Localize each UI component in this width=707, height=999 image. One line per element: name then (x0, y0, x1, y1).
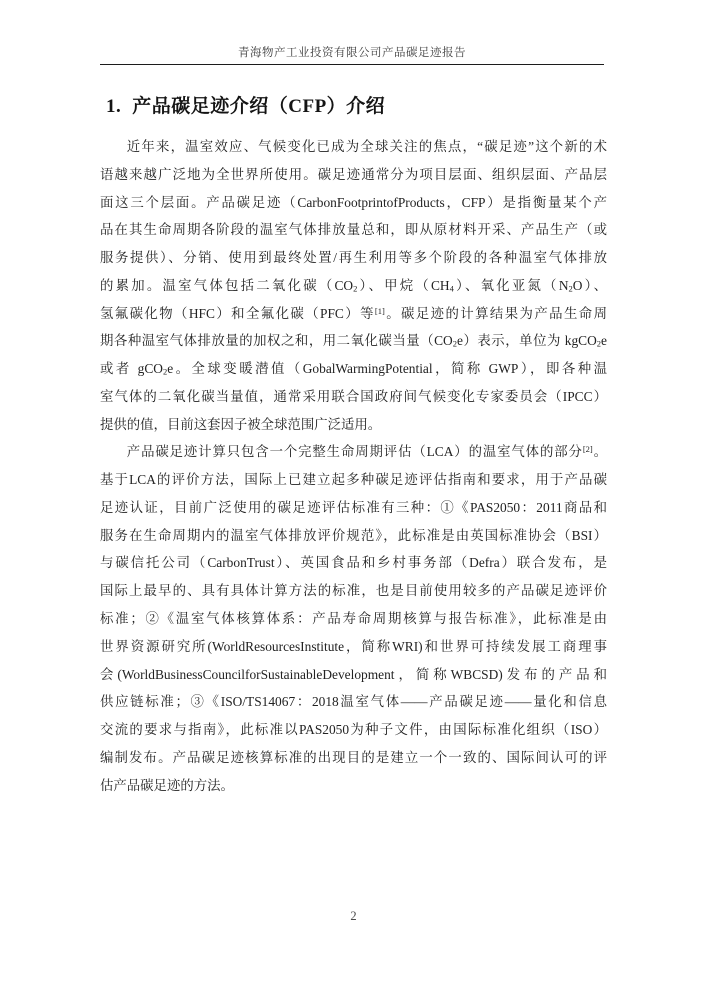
text-line: 产品碳足迹计算只包含一个完整生命周期评估（LCA）的温室气体的部分[2]。 (100, 438, 607, 466)
text-line: 面这三个层面。产品碳足迹（CarbonFootprintofProducts，C… (100, 189, 607, 217)
document-page: 青海物产工业投资有限公司产品碳足迹报告 1.产品碳足迹介绍（CFP）介绍 近年来… (0, 0, 707, 999)
text-line: 期各种温室气体排放量的加权之和，用二氧化碳当量（CO2e）表示，单位为 kgCO… (100, 327, 607, 355)
text-line: 服务提供）、分销、使用到最终处置/再生利用等多个阶段的各种温室气体排放 (100, 244, 607, 272)
section-number: 1. (106, 96, 121, 117)
text-line: 氢氟碳化物（HFC）和全氟化碳（PFC）等[1]。碳足迹的计算结果为产品生命周 (100, 300, 607, 328)
page-number: 2 (350, 909, 356, 923)
text-line: 与碳信托公司（CarbonTrust）、英国食品和乡村事务部（Defra）联合发… (100, 549, 607, 577)
paragraph: 产品碳足迹计算只包含一个完整生命周期评估（LCA）的温室气体的部分[2]。基于L… (100, 438, 607, 799)
section-heading: 1.产品碳足迹介绍（CFP）介绍 (106, 91, 385, 118)
text-line: 语越来越广泛地为全世界所使用。碳足迹通常分为项目层面、组织层面、产品层 (100, 161, 607, 189)
text-line: 供应链标准；③《ISO/TS14067：2018温室气体——产品碳足迹——量化和… (100, 688, 607, 716)
text-line: 或者 gCO2e。全球变暖潜值（GobalWarmingPotential，简称… (100, 355, 607, 383)
text-line: 世界资源研究所(WorldResourcesInstitute，简称WRI)和世… (100, 633, 607, 661)
paragraph: 近年来，温室效应、气候变化已成为全球关注的焦点，“碳足迹”这个新的术语越来越广泛… (100, 133, 607, 438)
header-title: 青海物产工业投资有限公司产品碳足迹报告 (100, 44, 604, 60)
body-paragraphs: 近年来，温室效应、气候变化已成为全球关注的焦点，“碳足迹”这个新的术语越来越广泛… (100, 133, 607, 799)
text-line: 编制发布。产品碳足迹核算标准的出现目的是建立一个一致的、国际间认可的评 (100, 744, 607, 772)
text-line: 服务在生命周期内的温室气体排放评价规范》，此标准是由英国标准协会（BSI） (100, 522, 607, 550)
running-header: 青海物产工业投资有限公司产品碳足迹报告 (100, 44, 604, 65)
page-footer: 2 (0, 907, 707, 925)
text-line: 估产品碳足迹的方法。 (100, 772, 607, 800)
text-line: 标准；②《温室气体核算体系：产品寿命周期核算与报告标准》，此标准是由 (100, 605, 607, 633)
header-rule (100, 64, 604, 65)
text-line: 会(WorldBusinessCouncilforSustainableDeve… (100, 661, 607, 689)
text-line: 国际上最早的、具有具体计算方法的标准，也是目前使用较多的产品碳足迹评价 (100, 577, 607, 605)
text-line: 的累加。温室气体包括二氧化碳（CO2）、甲烷（CH4）、氧化亚氮（N2O）、 (100, 272, 607, 300)
text-line: 足迹认证，目前广泛使用的碳足迹评估标准有三种：①《PAS2050：2011商品和 (100, 494, 607, 522)
text-line: 品在其生命周期各阶段的温室气体排放量总和，即从原材料开采、产品生产（或 (100, 216, 607, 244)
text-line: 基于LCA的评价方法，国际上已建立起多种碳足迹评估指南和要求，用于产品碳 (100, 466, 607, 494)
text-line: 交流的要求与指南》，此标准以PAS2050为种子文件，由国际标准化组织（ISO） (100, 716, 607, 744)
text-line: 室气体的二氧化碳当量值，通常采用联合国政府间气候变化专家委员会（IPCC） (100, 383, 607, 411)
section-title: 产品碳足迹介绍（CFP）介绍 (132, 96, 385, 117)
text-line: 近年来，温室效应、气候变化已成为全球关注的焦点，“碳足迹”这个新的术 (100, 133, 607, 161)
text-line: 提供的值，目前这套因子被全球范围广泛适用。 (100, 411, 607, 439)
